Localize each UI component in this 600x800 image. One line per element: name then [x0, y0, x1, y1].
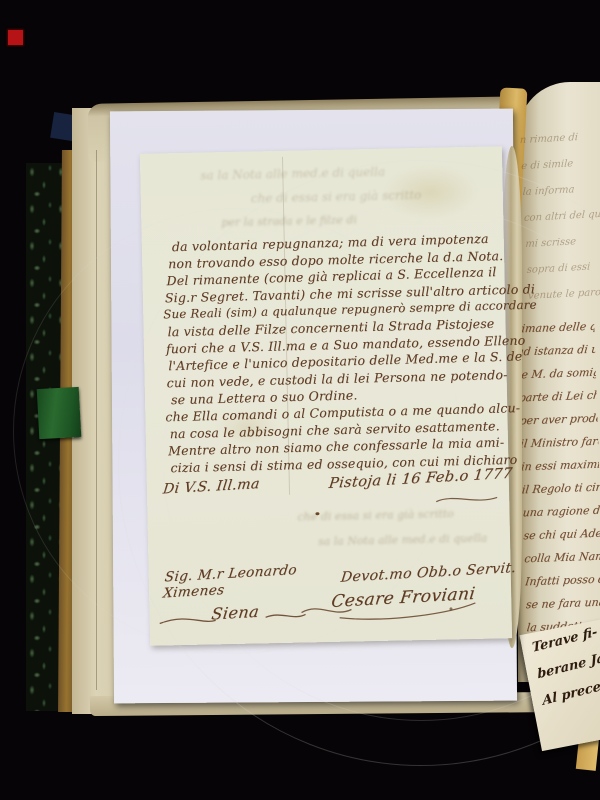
- closing-formula: Di V.S. Ill.ma: [162, 476, 261, 497]
- handwriting-fragment: se ne fara una ora-: [525, 591, 600, 617]
- handwriting-fragment: per aver prodotto li: [518, 407, 598, 433]
- ghost-writing: che di essa si era già scritto: [251, 188, 422, 206]
- signature-flourish: [299, 591, 480, 623]
- recipient-name-line2: Ximenes: [162, 582, 225, 601]
- handwriting-fragment: il Regolo ti circa il: [521, 476, 600, 502]
- red-corner-marker: [8, 30, 23, 45]
- handwriting-fragment: la informa: [522, 176, 599, 206]
- green-ribbon-bookmark: [37, 387, 82, 439]
- handwriting-fragment: con altri del quale: [523, 202, 600, 232]
- handwriting-fragment: sopra di essi: [526, 254, 600, 284]
- ghost-writing: sa la Nota alle med.e di quella: [200, 165, 385, 183]
- ghost-writing: per la strada e le filze di: [221, 213, 357, 229]
- handwriting-fragment: una ragione de Pes: [521, 499, 600, 525]
- handwriting-fragment: venute le parole: [527, 280, 600, 310]
- handwriting-fragment: parte di Lei che nelle: [517, 384, 597, 410]
- handwriting-fragment: mi scrisse: [525, 228, 600, 258]
- date-underline-flourish: [435, 494, 499, 505]
- handwriting-fragment: ad istanza di un terzo: [516, 338, 596, 364]
- handwriting-fragment: n rimane di: [519, 124, 596, 154]
- manuscript-photo: n rimane di e di simile la informa con a…: [0, 0, 600, 800]
- recipient-name-line1: Sig. M.r Leonardo: [164, 562, 298, 585]
- handwriting-fragment: e di simile: [521, 150, 598, 180]
- handwriting-fragment: se chi qui Adesso a: [522, 522, 600, 548]
- handwriting-fragment: Infatti posso di: [524, 568, 600, 594]
- ghost-writing: sa la Nota alle med.e di quella: [318, 532, 488, 549]
- page-crease: [96, 150, 97, 690]
- valediction: Devot.mo Obb.o Servit.: [340, 560, 517, 586]
- handwriting-fragment: le M. da somiglia: [517, 361, 597, 387]
- place-flourish: [157, 608, 307, 627]
- handwriting-fragment: in essi maximi li: [520, 453, 600, 479]
- handwriting-fragment: il Ministro fare a loro: [519, 430, 599, 456]
- handwriting-fragment: rimane delle quali: [516, 315, 596, 341]
- corner-page-fragment: Terave fi- berane Ja- Al prece-: [520, 619, 600, 751]
- ghost-writing: che di essa si era già scritto: [297, 507, 454, 523]
- facing-page-text-lower: rimane delle quali ad istanza di un terz…: [516, 315, 600, 670]
- handwriting-fragment: colla Mia Nammorosa: [523, 545, 600, 571]
- manuscript-letter: sa la Nota alle med.e di quella che di e…: [140, 146, 512, 645]
